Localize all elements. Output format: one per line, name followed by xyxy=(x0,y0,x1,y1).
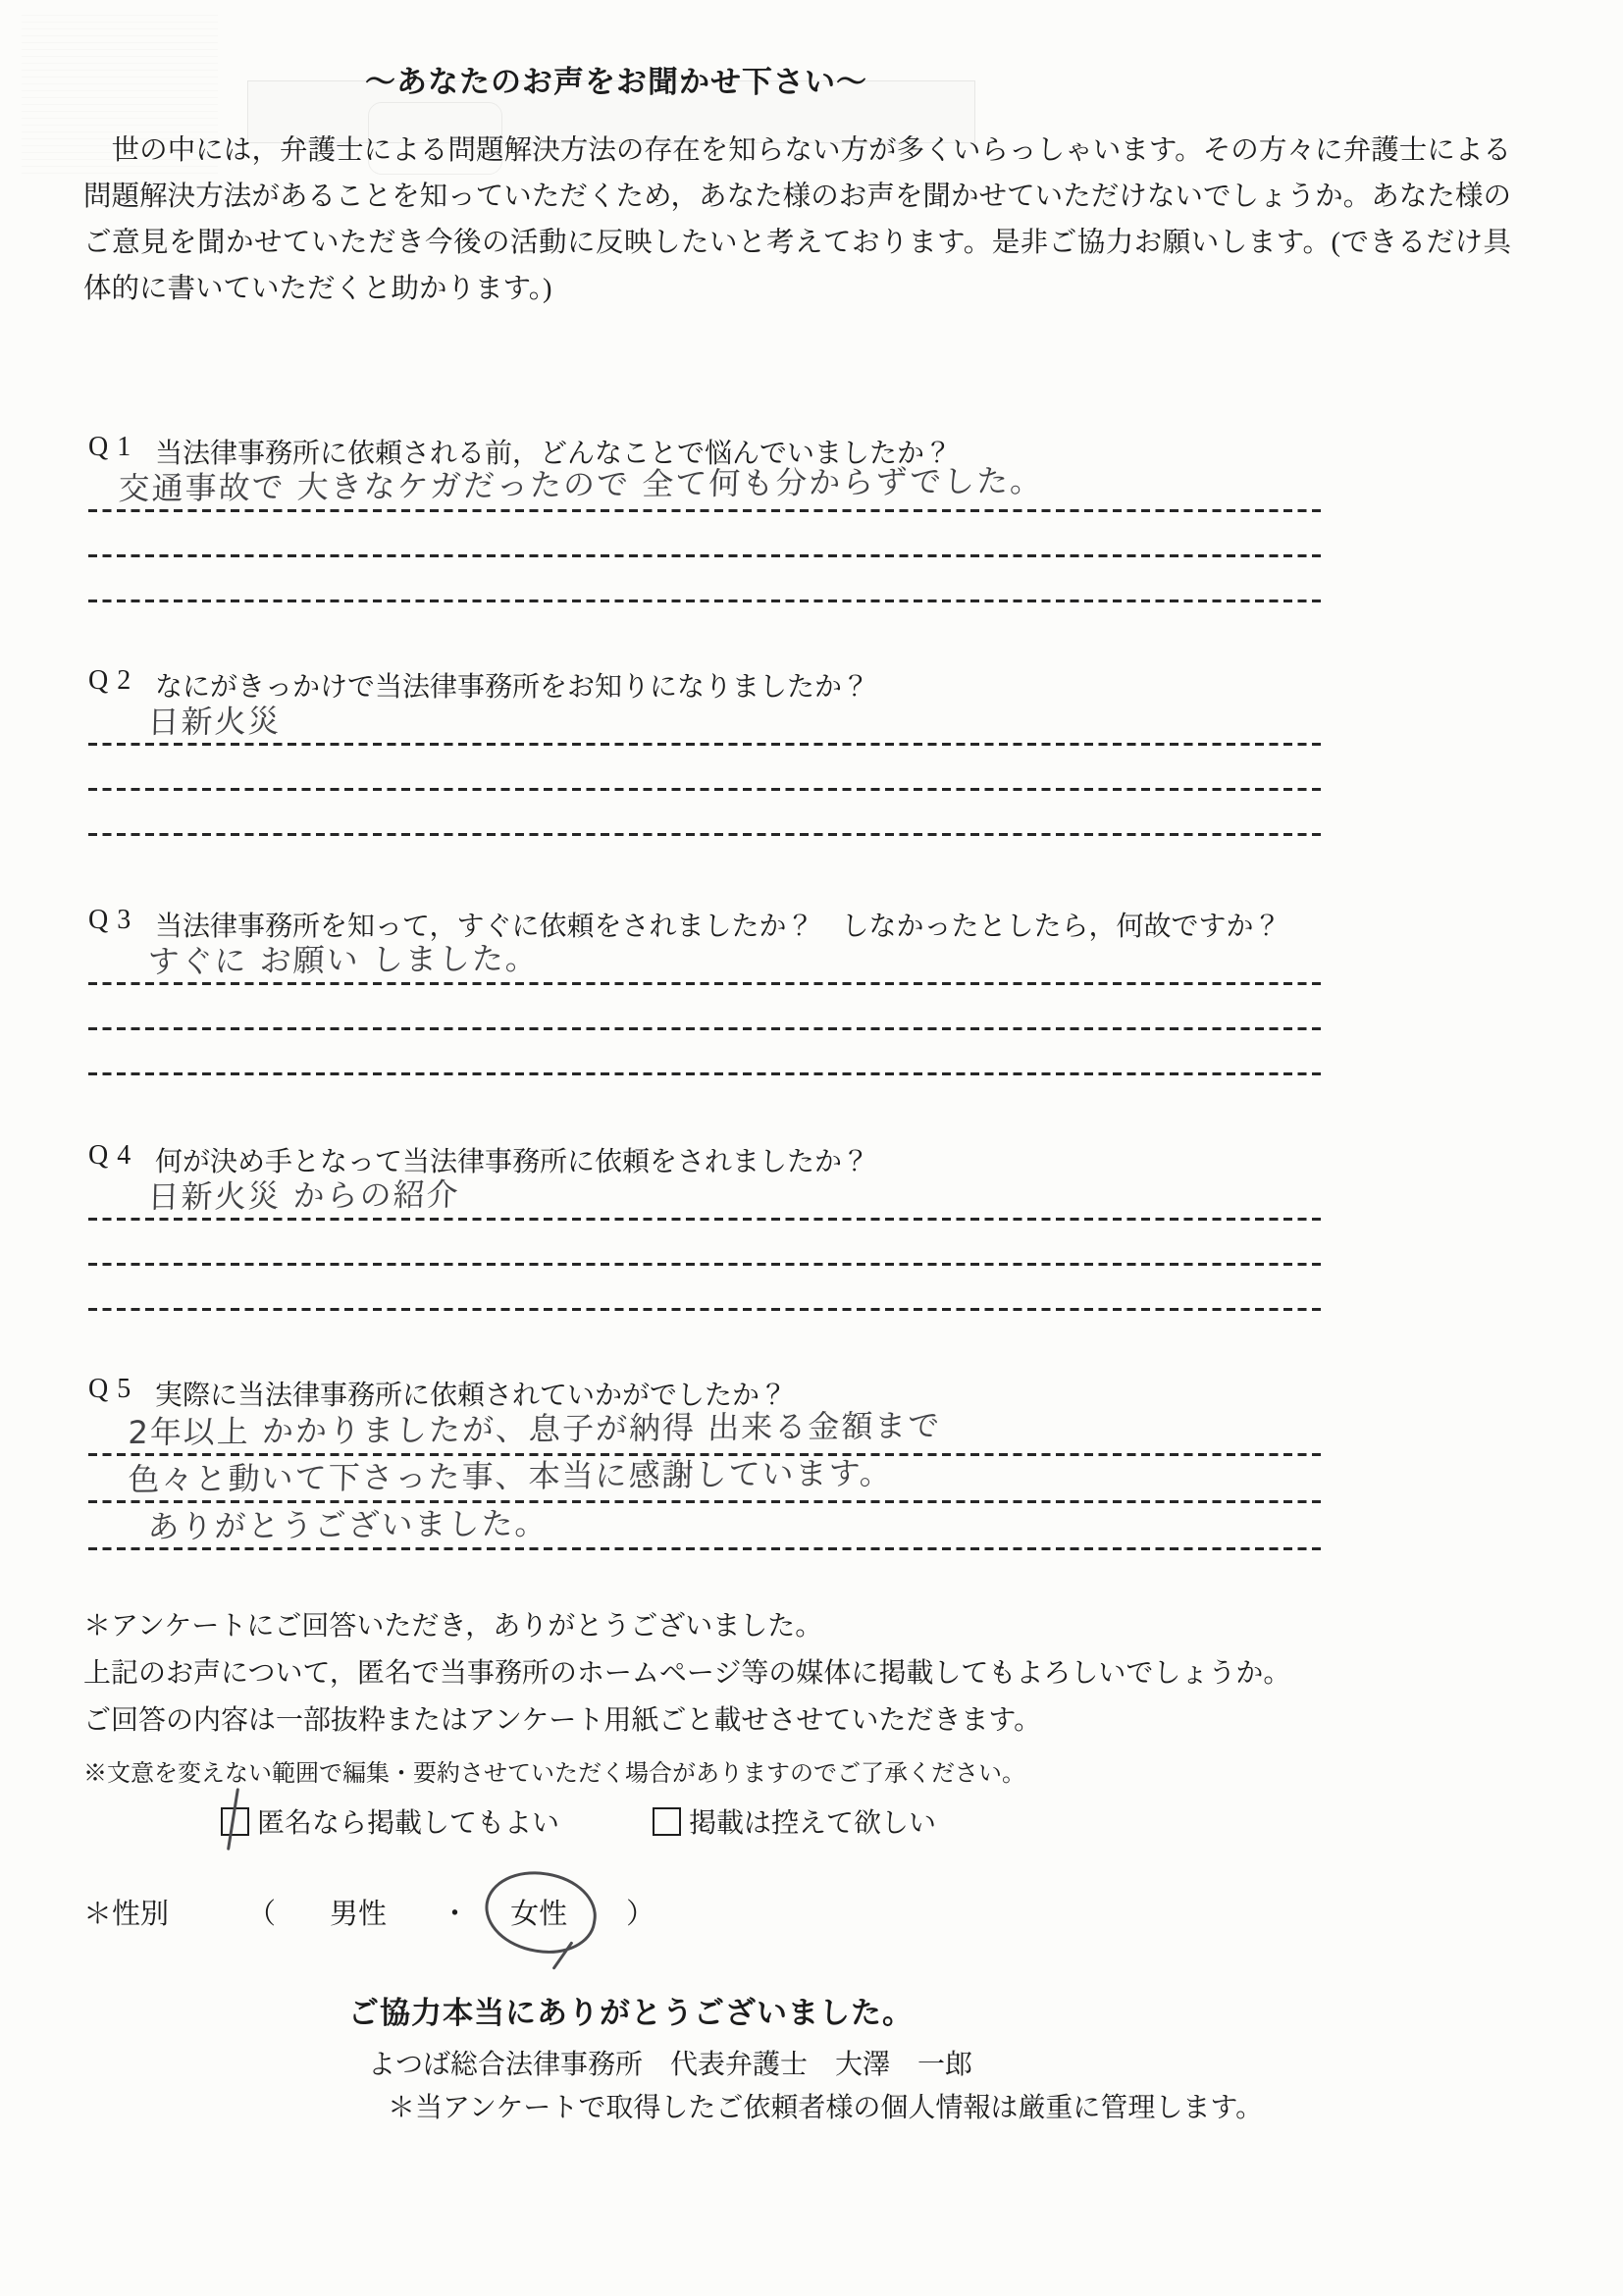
consent-options-row: 匿名なら掲載してもよい 掲載は控えて欲しい xyxy=(221,1801,936,1841)
answer-line: 交通事故で 大きなケガだったので 全て何も分からずでした。 xyxy=(88,471,1323,512)
intro-paragraph: 世の中には，弁護士による問題解決方法の存在を知らない方が多くいらっしゃいます。そ… xyxy=(83,128,1511,312)
answer-line xyxy=(88,1266,1323,1311)
survey-thanks-line: ＊アンケートにご回答いただき，ありがとうございました。 xyxy=(83,1605,1516,1652)
question-block-q2: Q2 なにがきっかけで当法律事務所をお知りになりましたか？ 日新火災 xyxy=(88,665,1323,836)
footer-thanks: ご協力本当にありがとうございました。 xyxy=(348,1988,914,2032)
answer-line xyxy=(88,512,1323,557)
question-number: Q1 xyxy=(88,432,139,463)
answer-line: すぐに お願い しました。 xyxy=(88,944,1323,985)
consent-option-no-publication: 掲載は控えて欲しい xyxy=(653,1801,936,1841)
handwritten-answer: 2年以上 かかりましたが、息子が納得 出来る金額まで xyxy=(128,1401,942,1453)
gender-paren-close: ） xyxy=(626,1892,654,1932)
answer-line: 色々と動いて下さった事、本当に感謝しています。 xyxy=(88,1456,1323,1503)
gender-option-male: 男性 xyxy=(330,1892,387,1932)
question-number: Q5 xyxy=(88,1374,139,1405)
publication-note: ※文意を変えない範囲で編集・要約させていただく場合がありますのでご了承ください。 xyxy=(83,1754,1516,1794)
answer-line xyxy=(88,1221,1323,1266)
answer-line xyxy=(88,791,1323,836)
handwritten-answer: 交通事故で 大きなケガだったので 全て何も分からずでした。 xyxy=(118,456,1044,509)
answer-line: 日新火災 からの紹介 xyxy=(88,1179,1323,1221)
consent-option-label: 掲載は控えて欲しい xyxy=(689,1801,936,1841)
handwritten-answer: すぐに お願い しました。 xyxy=(147,934,540,982)
handwritten-check-mark xyxy=(227,1788,239,1851)
checkbox-icon xyxy=(221,1807,249,1836)
answer-line xyxy=(88,746,1323,791)
answer-line xyxy=(88,985,1323,1030)
publication-detail-line: ご回答の内容は一部抜粋またはアンケート用紙ごと載せさせていただきます。 xyxy=(83,1699,1516,1747)
gender-section: ＊性別 （ 男性 ・ 女性 ） xyxy=(83,1892,654,1932)
checkbox-icon xyxy=(653,1807,681,1836)
answer-line xyxy=(88,557,1323,602)
answer-line: 日新火災 xyxy=(88,704,1323,746)
question-number: Q2 xyxy=(88,665,139,697)
gender-option-female: 女性 xyxy=(510,1892,567,1932)
handwritten-answer: ありがとうございました。 xyxy=(147,1498,549,1547)
question-number: Q4 xyxy=(88,1140,139,1172)
publication-consent-section: ＊アンケートにご回答いただき，ありがとうございました。 上記のお声について，匿名… xyxy=(83,1605,1516,1794)
handwritten-answer: 日新火災 からの紹介 xyxy=(147,1170,460,1218)
handwritten-answer: 色々と動いて下さった事、本当に感謝しています。 xyxy=(128,1448,894,1500)
gender-separator: ・ xyxy=(441,1892,469,1932)
question-block-q1: Q1 当法律事務所に依頼される前，どんなことで悩んでいましたか？ 交通事故で 大… xyxy=(88,432,1323,602)
gender-label: ＊性別 xyxy=(83,1892,169,1932)
survey-scan-page: ～あなたのお声をお聞かせ下さい～ 世の中には，弁護士による問題解決方法の存在を知… xyxy=(0,0,1623,2296)
gender-paren-open: （ xyxy=(247,1892,276,1932)
handwritten-selection-circle xyxy=(479,1864,602,1961)
consent-option-anonymous-ok: 匿名なら掲載してもよい xyxy=(221,1801,559,1841)
answer-line xyxy=(88,1030,1323,1075)
handwritten-answer: 日新火災 xyxy=(147,697,282,743)
footer-office-signature: よつば総合法律事務所 代表弁護士 大澤 一郎 xyxy=(368,2043,972,2082)
publication-ask-line: 上記のお声について，匿名で当事務所のホームページ等の媒体に掲載してもよろしいでし… xyxy=(83,1652,1516,1699)
question-block-q4: Q4 何が決め手となって当法律事務所に依頼をされましたか？ 日新火災 からの紹介 xyxy=(88,1140,1323,1311)
question-block-q3: Q3 当法律事務所を知って，すぐに依頼をされましたか？ しなかったとしたら，何故… xyxy=(88,905,1323,1075)
page-title: ～あなたのお声をお聞かせ下さい～ xyxy=(365,57,867,101)
question-number: Q3 xyxy=(88,905,139,936)
consent-option-label: 匿名なら掲載してもよい xyxy=(257,1801,559,1841)
footer-privacy-note: ＊当アンケートで取得したご依頼者様の個人情報は厳重に管理します。 xyxy=(388,2086,1263,2125)
answer-line: ありがとうございました。 xyxy=(88,1503,1323,1550)
question-block-q5: Q5 実際に当法律事務所に依頼されていかがでしたか？ 2年以上 かかりましたが、… xyxy=(88,1374,1323,1550)
